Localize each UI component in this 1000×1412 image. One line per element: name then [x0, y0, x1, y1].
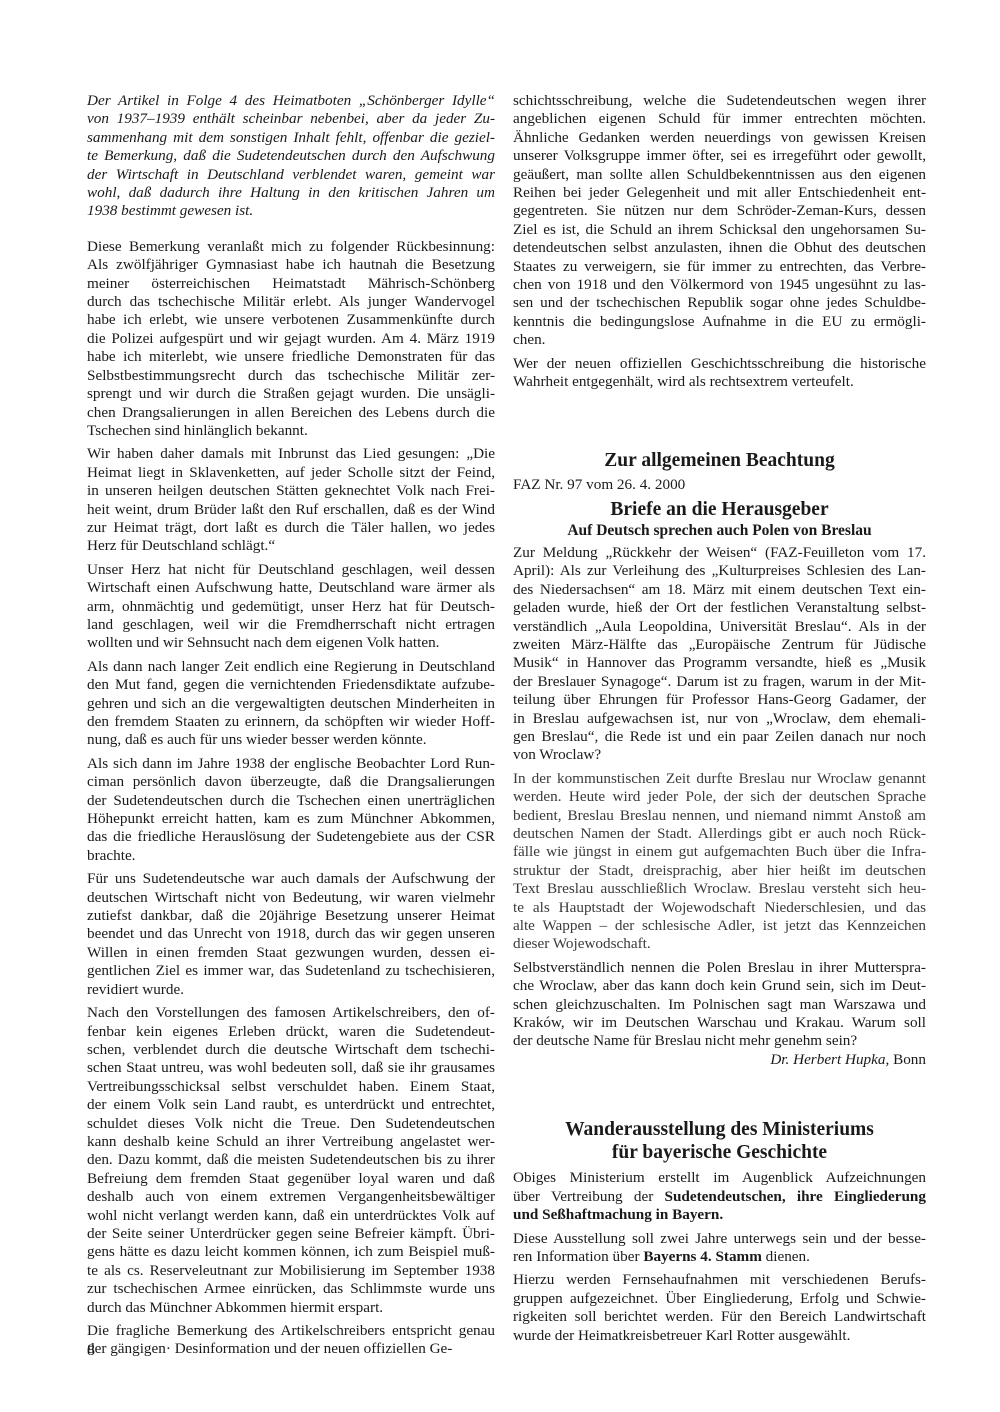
text-line: brachte.	[87, 847, 495, 865]
text-line: Wahrheit entgegenhält, wird als rechtsex…	[513, 373, 926, 391]
text-line: Für uns Sudetendeutsche war auch damals …	[87, 870, 495, 888]
text-line: Ziel es ist, die Schuld an ihrem Schicks…	[513, 221, 926, 239]
text-line: chen von 1918 und den Völkermord von 194…	[513, 276, 926, 294]
text-line: den Mut fand, gegen die vernichtenden Fr…	[87, 676, 495, 694]
text-line: bedient, Breslau Breslau nennen, und nie…	[513, 807, 926, 825]
text-line: revidiert wurde.	[87, 981, 495, 999]
paragraph: Nach den Vorstellungen des famosen Artik…	[87, 1004, 495, 1317]
text-line: fälle wie jüngst in einem gut aufgemacht…	[513, 843, 926, 861]
paragraph: Für uns Sudetendeutsche war auch damals …	[87, 870, 495, 999]
text-line: In der kommunstischen Zeit durfte Bresla…	[513, 770, 926, 788]
text-line: alte Wappen – der schlesische Adler, ist…	[513, 917, 926, 935]
text-line: meiner österreichischen Heimatstadt Mähr…	[87, 275, 495, 293]
text-line: struktur der Stadt, dreisprachig, aber h…	[513, 862, 926, 880]
exhibition-paragraph-2: Diese Ausstellung soll zwei Jahre unterw…	[513, 1230, 926, 1267]
text-line: te Bemerkung, daß die Sudetendeutschen d…	[87, 147, 495, 165]
paragraph: schichtsschreibung, welche die Sudetende…	[513, 92, 926, 350]
text-line: Als dann nach langer Zeit endlich eine R…	[87, 658, 495, 676]
text-line: heit weint, drum Brüder laßt den Ruf ers…	[87, 501, 495, 519]
paragraph: Wer der neuen offiziellen Geschichtsschr…	[513, 355, 926, 392]
text-line: wurde der Heimatkreisbetreuer Karl Rotte…	[513, 1327, 926, 1345]
text-line: sammenhang mit dem sonstigen Inhalt fehl…	[87, 129, 495, 147]
text-line: fenbar kein eigenes Erleben drückt, ware…	[87, 1023, 495, 1041]
paragraph: Unser Herz hat nicht für Deutschland ges…	[87, 561, 495, 653]
text-line: schen Staat untreu, was wohl bedeuten so…	[87, 1059, 495, 1077]
text-line: Nach den Vorstellungen des famosen Artik…	[87, 1004, 495, 1022]
heading-line-2: für bayerische Geschichte	[612, 1142, 827, 1163]
text-line: zutiefst dankbar, daß die 20jährige Bese…	[87, 907, 495, 925]
text-line: Kraków, wir im Deutschen Warschau und Kr…	[513, 1014, 926, 1032]
text-line: durch das Münchner Abkommen hiermit ersp…	[87, 1299, 495, 1317]
text-line: der deutsche Name für Breslau nicht mehr…	[513, 1032, 926, 1050]
text-line: Tschechen sind hinlänglich bekannt.	[87, 422, 495, 440]
text-line: Unser Herz hat nicht für Deutschland ges…	[87, 561, 495, 579]
text-line: Willen in einen fremden Staat gezwungen …	[87, 944, 495, 962]
text-line: ciman persönlich davon überzeugte, daß d…	[87, 773, 495, 791]
text-line: Als sich dann im Jahre 1938 der englisch…	[87, 755, 495, 773]
text-line: angeblichen eigenen Schuld für immer ent…	[513, 110, 926, 128]
text-line: gen Breslau“, die Rede ist und ein paar …	[513, 728, 926, 746]
text-line: gruppen aufgezeichnet. Über Eingliederun…	[513, 1290, 926, 1308]
text-line: beendet und das Unrecht von 1918, durch …	[87, 925, 495, 943]
article-heading-allgemeine-beachtung: Zur allgemeinen Beachtung	[513, 449, 926, 472]
page-number: 8	[87, 1342, 95, 1360]
article-source: FAZ Nr. 97 vom 26. 4. 2000	[513, 476, 926, 494]
text-line: schen gleichzuschalten. Im Polnischen sa…	[513, 996, 926, 1014]
text-line: zur tschechischen Armee einrücken, das S…	[87, 1280, 495, 1298]
paragraph: Zur Meldung „Rückkehr der Weisen“ (FAZ-F…	[513, 544, 926, 765]
text-line: zweiten März-Hälfte das „Europäische Zen…	[513, 636, 926, 654]
text-line: kenntnis die bedingungslose Aufnahme in …	[513, 313, 926, 331]
article-heading-wanderausstellung: Wanderausstellung des Ministeriums für b…	[513, 1118, 926, 1164]
paragraph: Als dann nach langer Zeit endlich eine R…	[87, 658, 495, 750]
text-line: sen und der tschechischen Republik sogar…	[513, 294, 926, 312]
text-line: Als zwölfjähriger Gymnasiast habe ich ha…	[87, 256, 495, 274]
text-line: Zur Meldung „Rückkehr der Weisen“ (FAZ-F…	[513, 544, 926, 562]
text-line: der Sudetendeutschen durch die Tschechen…	[87, 792, 495, 810]
text-line: Musik“ in Hannover das Programm versandt…	[513, 654, 926, 672]
text-line: gegentreten. Sie nützen nur dem Schröder…	[513, 202, 926, 220]
letter-paragraphs: Zur Meldung „Rückkehr der Weisen“ (FAZ-F…	[513, 544, 926, 1051]
section-title-briefe: Briefe an die Herausgeber	[513, 498, 926, 521]
text-line: detendeutschen selbst anzulasten, ihnen …	[513, 239, 926, 257]
text-line: von 1937–1939 enthält scheinbar nebenbei…	[87, 110, 495, 128]
text-line: te als cs. Reserveleutnant zur Mobilisie…	[87, 1262, 495, 1280]
heading-line-1: Wanderausstellung des Ministeriums	[565, 1119, 874, 1140]
text-line: geladen wurde, hieß der Ort der festlich…	[513, 599, 926, 617]
text-line: Reihen bei jeder Gelegenheit und mit all…	[513, 184, 926, 202]
text-line: rigkeiten soll berichtet werden. Für den…	[513, 1308, 926, 1326]
text-line: habe ich erlebt, wie unsere verbotenen Z…	[87, 311, 495, 329]
text-line: Der Artikel in Folge 4 des Heimatboten „…	[87, 92, 495, 110]
signature-name: Dr. Herbert Hupka,	[770, 1051, 889, 1068]
text-line: Ähnliche Gedanken werden neuerdings von …	[513, 129, 926, 147]
text-line: land geschlagen, weil wir die Fremdherrs…	[87, 616, 495, 634]
paragraph: Diese Bemerkung veranlaßt mich zu folgen…	[87, 238, 495, 440]
text-line: des Niedersachsen“ am 18. März mit einem…	[513, 581, 926, 599]
text-line: Die fragliche Bemerkung des Artikelschre…	[87, 1322, 495, 1340]
text-line: kann deshalb keine Schuld an ihrer Vertr…	[87, 1133, 495, 1151]
text-line: deutschen Namen der Stadt. Allerdings gi…	[513, 825, 926, 843]
paragraph: Die fragliche Bemerkung des Artikelschre…	[87, 1322, 495, 1359]
text-line: Vertreibungsschicksal selbst verschuldet…	[87, 1078, 495, 1096]
paragraph: Als sich dann im Jahre 1938 der englisch…	[87, 755, 495, 865]
text-line: in unseren heilgen deutschen Stätten gek…	[87, 482, 495, 500]
left-column: Der Artikel in Folge 4 des Heimatboten „…	[87, 92, 495, 1364]
text-line: habe ich miterlebt, wie unsere friedlich…	[87, 348, 495, 366]
text-line: in Breslau aufgewachsen ist, nur von „Wr…	[513, 710, 926, 728]
text-line: te als Hauptstadt der Wojewodschaft Nied…	[513, 899, 926, 917]
text-line: chen Drangsalierungen in allen Bereichen…	[87, 404, 495, 422]
text-line: schen, verblendet durch die deutsche Wir…	[87, 1041, 495, 1059]
text-line: schuldet dieses Volk nicht die Treue. De…	[87, 1115, 495, 1133]
text-line: April): Als zur Verleihung des „Kulturpr…	[513, 562, 926, 580]
text-line: deshalb auch von einem extremen Vergange…	[87, 1188, 495, 1206]
text-line: Diese Bemerkung veranlaßt mich zu folgen…	[87, 238, 495, 256]
signature-city: Bonn	[893, 1051, 926, 1068]
exhibition-paragraph-1: Obiges Ministerium erstellt im Augenblic…	[513, 1169, 926, 1224]
text-line: zur Heimat trägt, dort laßt es durch die…	[87, 519, 495, 537]
text-line: das die friedliche Herauslösung der Sude…	[87, 828, 495, 846]
text-line: der einem Volk sein Land raubt, es unter…	[87, 1096, 495, 1114]
text-line: wohl, daß dadurch ihre Haltung in den kr…	[87, 184, 495, 202]
text-line: werden. Heute wird jeder Pole, der sich …	[513, 788, 926, 806]
text-line: unserer Volksgruppe immer öfter, sei es …	[513, 147, 926, 165]
text-line: Selbstverständlich nennen die Polen Bres…	[513, 959, 926, 977]
text-line: Hierzu werden Fernsehaufnahmen mit versc…	[513, 1271, 926, 1289]
text-line: nung, daß es auch für uns wieder besser …	[87, 731, 495, 749]
text-line: wohl nicht verlangt werden kann, daß ein…	[87, 1207, 495, 1225]
text-line: Wer der neuen offiziellen Geschichtsschr…	[513, 355, 926, 373]
paragraph: Wir haben daher damals mit Inbrunst das …	[87, 445, 495, 555]
text-line: den. Dazu kommt, daß die meisten Sudeten…	[87, 1151, 495, 1169]
left-paragraphs: Diese Bemerkung veranlaßt mich zu folgen…	[87, 238, 495, 1359]
text-line: durch das tschechische Militär erlebt. A…	[87, 293, 495, 311]
text-line: der gängigen· Desinformation und der neu…	[87, 1340, 495, 1358]
continuation-paragraphs: schichtsschreibung, welche die Sudetende…	[513, 92, 926, 392]
text-line: Text Breslau ausschließlich Wroclaw. Bre…	[513, 880, 926, 898]
text-line: sprengt und wir durch die Straßen gejagt…	[87, 385, 495, 403]
intro-italic-paragraph: Der Artikel in Folge 4 des Heimatboten „…	[87, 92, 495, 221]
text-line: 1938 bestimmt gewesen ist.	[87, 202, 495, 220]
signature: Dr. Herbert Hupka, Bonn	[513, 1051, 926, 1069]
text-line: Herz für Deutschland schlägt.“	[87, 537, 495, 555]
text-line: Wirtschaft einen Aufschwung hatte, Deuts…	[87, 579, 495, 597]
paragraph: In der kommunstischen Zeit durfte Bresla…	[513, 770, 926, 954]
text-line: dieser Wojewodschaft.	[513, 935, 926, 953]
article-subtitle: Auf Deutsch sprechen auch Polen von Bres…	[513, 521, 926, 540]
text-line: teilung über Ehrungen für Professor Hans…	[513, 691, 926, 709]
text-line: Befreiung dem fremden Staat gegenüber lo…	[87, 1170, 495, 1188]
right-column: schichtsschreibung, welche die Sudetende…	[513, 92, 926, 1350]
text-line: chen.	[513, 331, 926, 349]
text-line: der Seite seiner Unterdrücker gegen sein…	[87, 1225, 495, 1243]
text-line: gens hätte es dazu leicht kommen können,…	[87, 1243, 495, 1261]
text-line: Wir haben daher damals mit Inbrunst das …	[87, 445, 495, 463]
text-line: Höhepunkt erreicht hatten, kam es zum Mü…	[87, 810, 495, 828]
text-line: verständlich „Aula Leopoldina, Universit…	[513, 618, 926, 636]
text-line: den fremdem Staaten zu erinnern, da schö…	[87, 713, 495, 731]
text-line: gentlichen Ziel es immer war, das Sudete…	[87, 962, 495, 980]
text-line: von Wroclaw?	[513, 746, 926, 764]
text-line: die Polizei aufgespürt und wir gejagt wu…	[87, 330, 495, 348]
text-line: Heimat liegt in Sklavenketten, auf jeder…	[87, 464, 495, 482]
text-line: schichtsschreibung, welche die Sudetende…	[513, 92, 926, 110]
text-line: der Wirtschaft in Deutschland verblendet…	[87, 166, 495, 184]
text-line: che Wroclaw, aber das kann doch kein Gru…	[513, 977, 926, 995]
text-line: deutschen Wirtschaft nicht von Bedeutung…	[87, 889, 495, 907]
text-line: wollten und wir Sehnsucht nach dem eigen…	[87, 634, 495, 652]
text-line: Staates zu verweigern, sie für immer zu …	[513, 258, 926, 276]
text-line: arm, ohnmächtig und gedemütigt, unser He…	[87, 598, 495, 616]
exhibition-paragraph-3: Hierzu werden Fernsehaufnahmen mit versc…	[513, 1271, 926, 1345]
text-line: geäußert, man sollte allen Schuldbekennt…	[513, 166, 926, 184]
text-line: gehren und sich an die vergewaltigten de…	[87, 695, 495, 713]
paragraph: Selbstverständlich nennen die Polen Bres…	[513, 959, 926, 1051]
text-line: der Breslauer Synagoge“. Darum ist zu fr…	[513, 673, 926, 691]
text-line: Selbstbestimmungsrecht durch das tschech…	[87, 367, 495, 385]
